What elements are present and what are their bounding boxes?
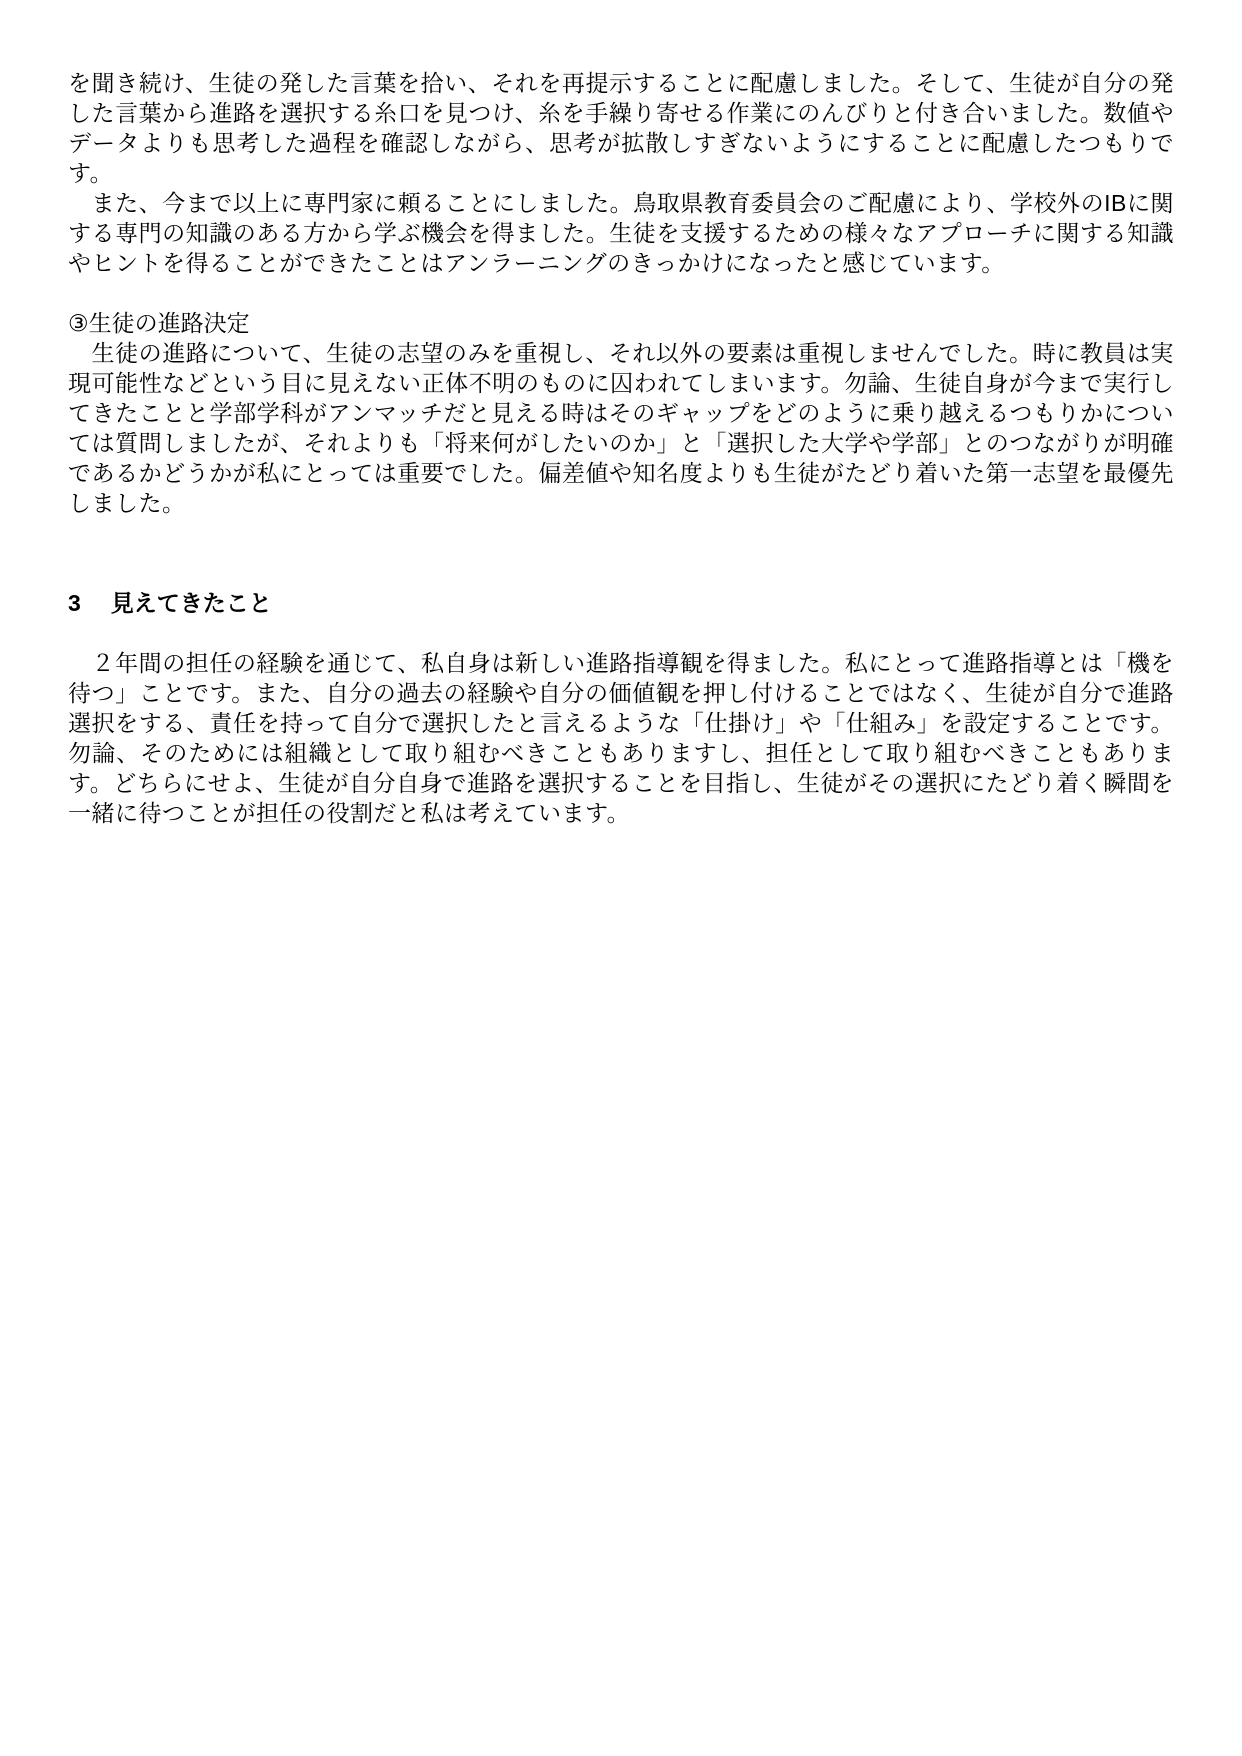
subheading-career-decision: ③生徒の進路決定 [68,308,1174,338]
section-heading: 3見えてきたこと [68,588,1174,618]
paragraph-insights: ２年間の担任の経験を通じて、私自身は新しい進路指導観を得ました。私にとって進路指… [68,648,1174,828]
section-title: 見えてきたこと [111,590,272,616]
paragraph-career-decision: 生徒の進路について、生徒の志望のみを重視し、それ以外の要素は重視しませんでした。… [68,338,1174,518]
paragraph-listening-followup: を聞き続け、生徒の発した言葉を拾い、それを再提示することに配慮しました。そして、… [68,68,1174,188]
paragraph-expert-support: また、今まで以上に専門家に頼ることにしました。鳥取県教育委員会のご配慮により、学… [68,188,1174,278]
document-page: を聞き続け、生徒の発した言葉を拾い、それを再提示することに配慮しました。そして、… [0,0,1242,1756]
section-number: 3 [68,588,81,618]
